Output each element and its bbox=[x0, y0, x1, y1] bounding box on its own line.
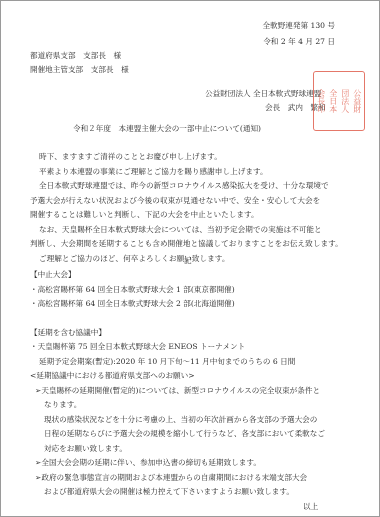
closing-mark: 以上 bbox=[303, 503, 318, 511]
request-line: ➢政府の緊急事態宣言の期間および本連盟からの自粛期間における末端支部大会 bbox=[35, 474, 307, 482]
request-line: ➢天皇賜杯の延期開催(暫定的)については、新型コロナウイルスの完全収束が条件と bbox=[35, 387, 320, 395]
postponement-heading: 【延期を含む協議中】 bbox=[30, 329, 106, 337]
seal-column: 会長印 bbox=[316, 74, 326, 128]
paragraph-line: ご理解とご協力のほど、何卒よろしくお願い致します。 bbox=[39, 255, 229, 263]
paragraph-line: 時下、ますますご清祥のこととお慶び申し上げます。 bbox=[39, 153, 222, 161]
request-line: および都道府県大会の開催は極力控えて下さいますようお願い致します。 bbox=[44, 488, 294, 496]
paragraph-line: 予選大会が行えない状況および今後の収束が見通せない中で、安全・安心して大会を bbox=[30, 197, 320, 205]
requests-heading: <延期協議中における都道府県支部へのお願い> bbox=[30, 372, 195, 380]
document-date: 令和 2 年 4 月 27 日 bbox=[263, 38, 335, 46]
seal-column: 全日本 bbox=[328, 74, 338, 128]
postponement-item: ・天皇賜杯第 75 回全日本軟式野球大会 ENEOS トーナメント bbox=[30, 343, 245, 351]
request-line: 日程の延期ならびに予選大会の規模を縮小して行うなど、各支部において柔軟なご bbox=[44, 430, 325, 438]
sender-organization: 公益財団法人 全日本軟式野球連盟 bbox=[205, 90, 321, 98]
cancelled-item: ・高松宮賜杯第 64 回全日本軟式野球大会 2 部(北海道開催) bbox=[30, 300, 235, 308]
postponement-detail: 延期予定会期案(暫定):2020 年 10 月下旬～11 月中旬までのうちの 6… bbox=[39, 358, 295, 366]
request-line: ➢全国大会会期の延期に伴い、参加申込書の締切も延期致します。 bbox=[35, 459, 261, 467]
paragraph-line: 全日本軟式野球連盟では、昨今の新型コロナウイルス感染拡大を受け、十分な環境で bbox=[39, 182, 329, 190]
recipient-prefecture: 都道府県支部 支部長 様 bbox=[30, 52, 121, 60]
seal-column: 公益財 bbox=[352, 74, 362, 128]
ki-marker: 記 bbox=[184, 257, 192, 265]
document-number: 全軟野連発第 130 号 bbox=[263, 22, 335, 30]
request-line: 現状の感染状況などを十分に考慮の上、当初の年次計画から各支部の予選大会の bbox=[44, 416, 317, 424]
paragraph-line: 判断し、大会期間を延期することも含め開催地と協議しておりますことをお伝え致します… bbox=[30, 240, 343, 248]
official-seal: 公益財 団法人 全日本 会長印 bbox=[313, 71, 365, 131]
seal-column: 団法人 bbox=[340, 74, 350, 128]
cancelled-item: ・高松宮賜杯第 64 回全日本軟式野球大会 1 部(東京都開催) bbox=[30, 286, 235, 294]
request-line: 対応をお願い致します。 bbox=[44, 445, 127, 453]
recipient-host: 開催地主管支部 支部長 様 bbox=[30, 66, 129, 74]
paragraph-line: 開催することは難しいと判断し、下記の大会を中止といたします。 bbox=[30, 211, 259, 219]
document-page: 全軟野連発第 130 号 令和 2 年 4 月 27 日 都道府県支部 支部長 … bbox=[0, 0, 380, 517]
request-line: なります。 bbox=[44, 401, 81, 409]
document-title: 令和２年度 本連盟主催大会の一部中止について(通知) bbox=[73, 125, 261, 133]
paragraph-line: 平素より本連盟の事業にご理解とご協力を賜り感謝申し上げます。 bbox=[39, 168, 268, 176]
cancelled-heading: 【中止大会】 bbox=[30, 271, 76, 279]
paragraph-line: なお、天皇賜杯全日本軟式野球大会については、当初予定会期での実施は不可能と bbox=[39, 226, 322, 234]
